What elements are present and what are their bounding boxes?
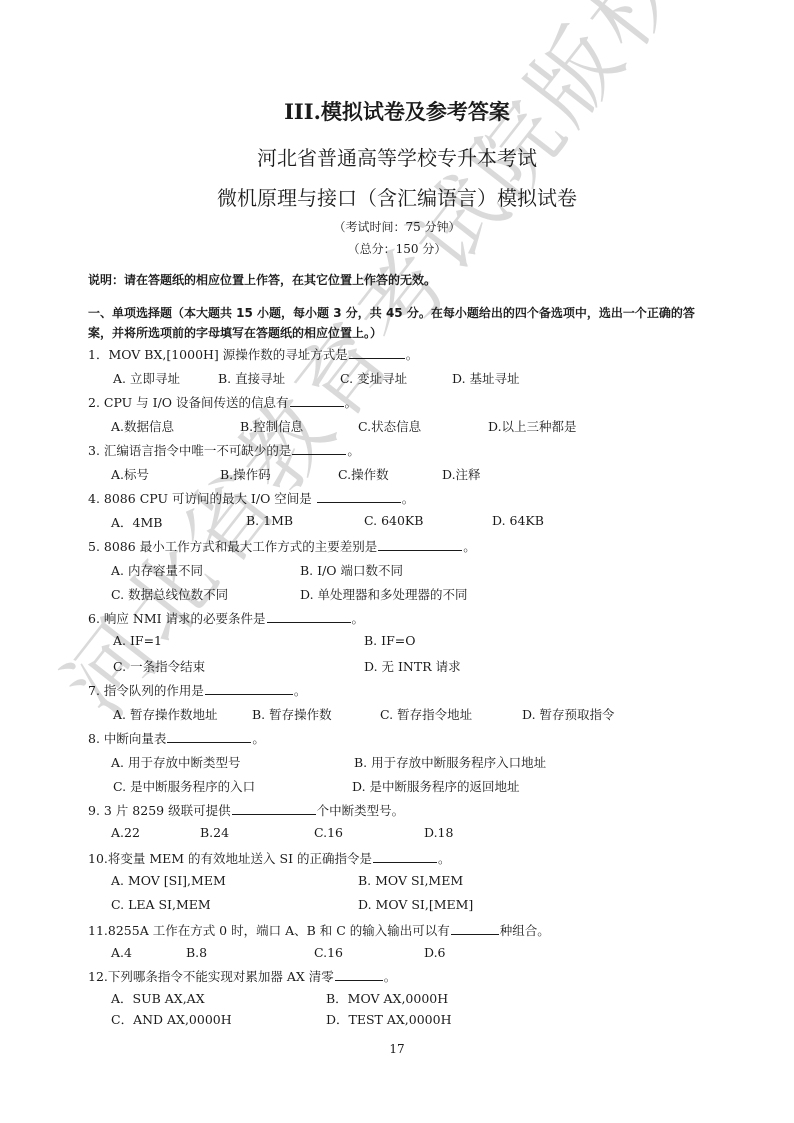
option-c: C. LEA SI,MEM [111,897,211,912]
question-1: 1．MOV BX,[1000H] 源操作数的寻址方式是。 [88,345,418,363]
page-number: 17 [0,1042,794,1056]
option-b: B.8 [186,945,207,960]
question-tail: 。 [347,443,360,458]
section-heading: 一、单项选择题（本大题共 15 小题，每小题 3 分，共 45 分。在每小题给出… [88,303,708,343]
answer-blank [205,682,293,695]
question-8: 8. 中断向量表。 [88,729,265,747]
option-b: B. 用于存放中断服务程序入口地址 [354,753,546,771]
question-5: 5. 8086 最小工作方式和最大工作方式的主要差别是。 [88,537,476,555]
option-a: A. MOV [SI],MEM [111,873,226,888]
question-stem: 将变量 MEM 的有效地址送入 SI 的正确指令是 [108,851,372,866]
page-title: III.模拟试卷及参考答案 [0,96,794,126]
question-9: 9. 3 片 8259 级联可提供个中断类型号。 [88,801,404,819]
option-c: C.操作数 [338,465,389,483]
option-d: D．TEST AX,0000H [326,1010,451,1028]
question-tail: 个中断类型号。 [317,803,405,818]
question-stem: 汇编语言指令中唯一不可缺少的是 [104,443,292,458]
option-a: A．SUB AX,AX [111,989,205,1007]
option-b: B. IF=O [364,633,415,648]
option-a: A. 内存容量不同 [111,561,203,579]
question-number: 5. [88,539,104,554]
answer-blank [335,968,383,981]
question-number: 1． [88,347,108,362]
question-tail: 。 [352,611,365,626]
question-stem: CPU 与 I/O 设备间传送的信息有 [104,395,289,410]
question-tail: 种组合。 [500,923,550,938]
option-c: C．AND AX,0000H [111,1010,232,1028]
option-a: A. 暂存操作数地址 [113,705,217,723]
question-6: 6. 响应 NMI 请求的必要条件是。 [88,609,364,627]
option-d: D. 无 INTR 请求 [364,657,461,675]
option-d: D. MOV SI,[MEM] [358,897,473,912]
question-stem: 下列哪条指令不能实现对累加器 AX 清零 [108,969,334,984]
option-b: B.操作码 [220,465,271,483]
question-number: 12. [88,969,108,984]
option-d: D.18 [424,825,453,840]
option-a: A.数据信息 [111,417,174,435]
question-number: 9. [88,803,104,818]
option-a: A. 用于存放中断类型号 [111,753,240,771]
question-number: 11. [88,923,108,938]
answer-blank [317,490,401,503]
exam-time: （考试时间：75 分钟） [0,218,794,235]
option-c: C.16 [314,945,343,960]
option-d: D. 是中断服务程序的返回地址 [352,777,520,795]
option-c: C. 暂存指令地址 [380,705,472,723]
option-c: C. 是中断服务程序的入口 [113,777,255,795]
question-10: 10.将变量 MEM 的有效地址送入 SI 的正确指令是。 [88,849,451,867]
question-tail: 。 [402,491,415,506]
question-stem: 指令队列的作用是 [104,683,204,698]
option-d: D.以上三种都是 [488,417,577,435]
question-4: 4. 8086 CPU 可访问的最大 I/O 空间是 。 [88,489,414,507]
option-c: C. 变址寻址 [340,369,407,387]
question-stem: 8255A 工作在方式 0 时，端口 A、B 和 C 的输入输出可以有 [108,923,450,938]
question-number: 7. [88,683,104,698]
answer-blank [378,538,462,551]
option-d: D. 单处理器和多处理器的不同 [300,585,468,603]
option-c: C. 数据总线位数不同 [111,585,228,603]
option-b: B．MOV AX,0000H [326,989,448,1007]
answer-blank [167,730,251,743]
answer-blank [232,802,316,815]
question-stem: 8086 CPU 可访问的最大 I/O 空间是 [104,491,316,506]
option-a: A. 立即寻址 [113,369,180,387]
instruction-note: 说明：请在答题纸的相应位置上作答，在其它位置上作答的无效。 [88,271,436,288]
answer-blank [451,922,499,935]
question-stem: 3 片 8259 级联可提供 [104,803,231,818]
option-c: C. 640KB [364,513,423,528]
question-tail: 。 [384,969,397,984]
answer-blank [290,394,344,407]
answer-blank [349,346,405,359]
question-number: 10. [88,851,108,866]
question-stem: 响应 NMI 请求的必要条件是 [104,611,266,626]
question-number: 8. [88,731,104,746]
option-b: B. 1MB [246,513,293,528]
option-d: D. 基址寻址 [452,369,520,387]
option-c: C.状态信息 [358,417,421,435]
option-d: D. 64KB [492,513,544,528]
option-c: C. 一条指令结束 [113,657,205,675]
option-b: B.控制信息 [240,417,303,435]
answer-blank [292,442,346,455]
question-tail: 。 [438,851,451,866]
option-b: B. 暂存操作数 [252,705,332,723]
question-stem: 中断向量表 [104,731,167,746]
question-11: 11.8255A 工作在方式 0 时，端口 A、B 和 C 的输入输出可以有种组… [88,921,550,939]
question-number: 4. [88,491,104,506]
option-a: A.4 [111,945,132,960]
total-score: （总分：150 分） [0,240,794,257]
option-a: A.标号 [111,465,149,483]
option-b: B. 直接寻址 [218,369,285,387]
answer-blank [373,850,437,863]
option-d: D.6 [424,945,446,960]
question-number: 2. [88,395,104,410]
question-tail: 。 [463,539,476,554]
question-number: 3. [88,443,104,458]
question-3: 3. 汇编语言指令中唯一不可缺少的是。 [88,441,360,459]
option-c: C.16 [314,825,343,840]
question-2: 2. CPU 与 I/O 设备间传送的信息有。 [88,393,357,411]
question-tail: 。 [406,347,419,362]
exam-name: 河北省普通高等学校专升本考试 [0,142,794,171]
option-b: B. MOV SI,MEM [358,873,463,888]
option-b: B.24 [200,825,229,840]
option-a: A. IF=1 [113,633,162,648]
question-number: 6. [88,611,104,626]
option-d: D.注释 [442,465,481,483]
option-b: B. I/O 端口数不同 [300,561,403,579]
question-stem: MOV BX,[1000H] 源操作数的寻址方式是 [108,347,347,362]
exam-page: 河北省教育考试院版权所有 III.模拟试卷及参考答案 河北省普通高等学校专升本考… [0,0,794,1123]
option-d: D. 暂存预取指令 [522,705,615,723]
question-stem: 8086 最小工作方式和最大工作方式的主要差别是 [104,539,377,554]
answer-blank [267,610,351,623]
question-tail: 。 [345,395,358,410]
question-tail: 。 [252,731,265,746]
option-a: A.22 [111,825,140,840]
paper-name: 微机原理与接口（含汇编语言）模拟试卷 [0,182,794,211]
question-7: 7. 指令队列的作用是。 [88,681,306,699]
question-12: 12.下列哪条指令不能实现对累加器 AX 清零。 [88,967,396,985]
question-tail: 。 [294,683,307,698]
option-a: A．4MB [111,513,162,531]
